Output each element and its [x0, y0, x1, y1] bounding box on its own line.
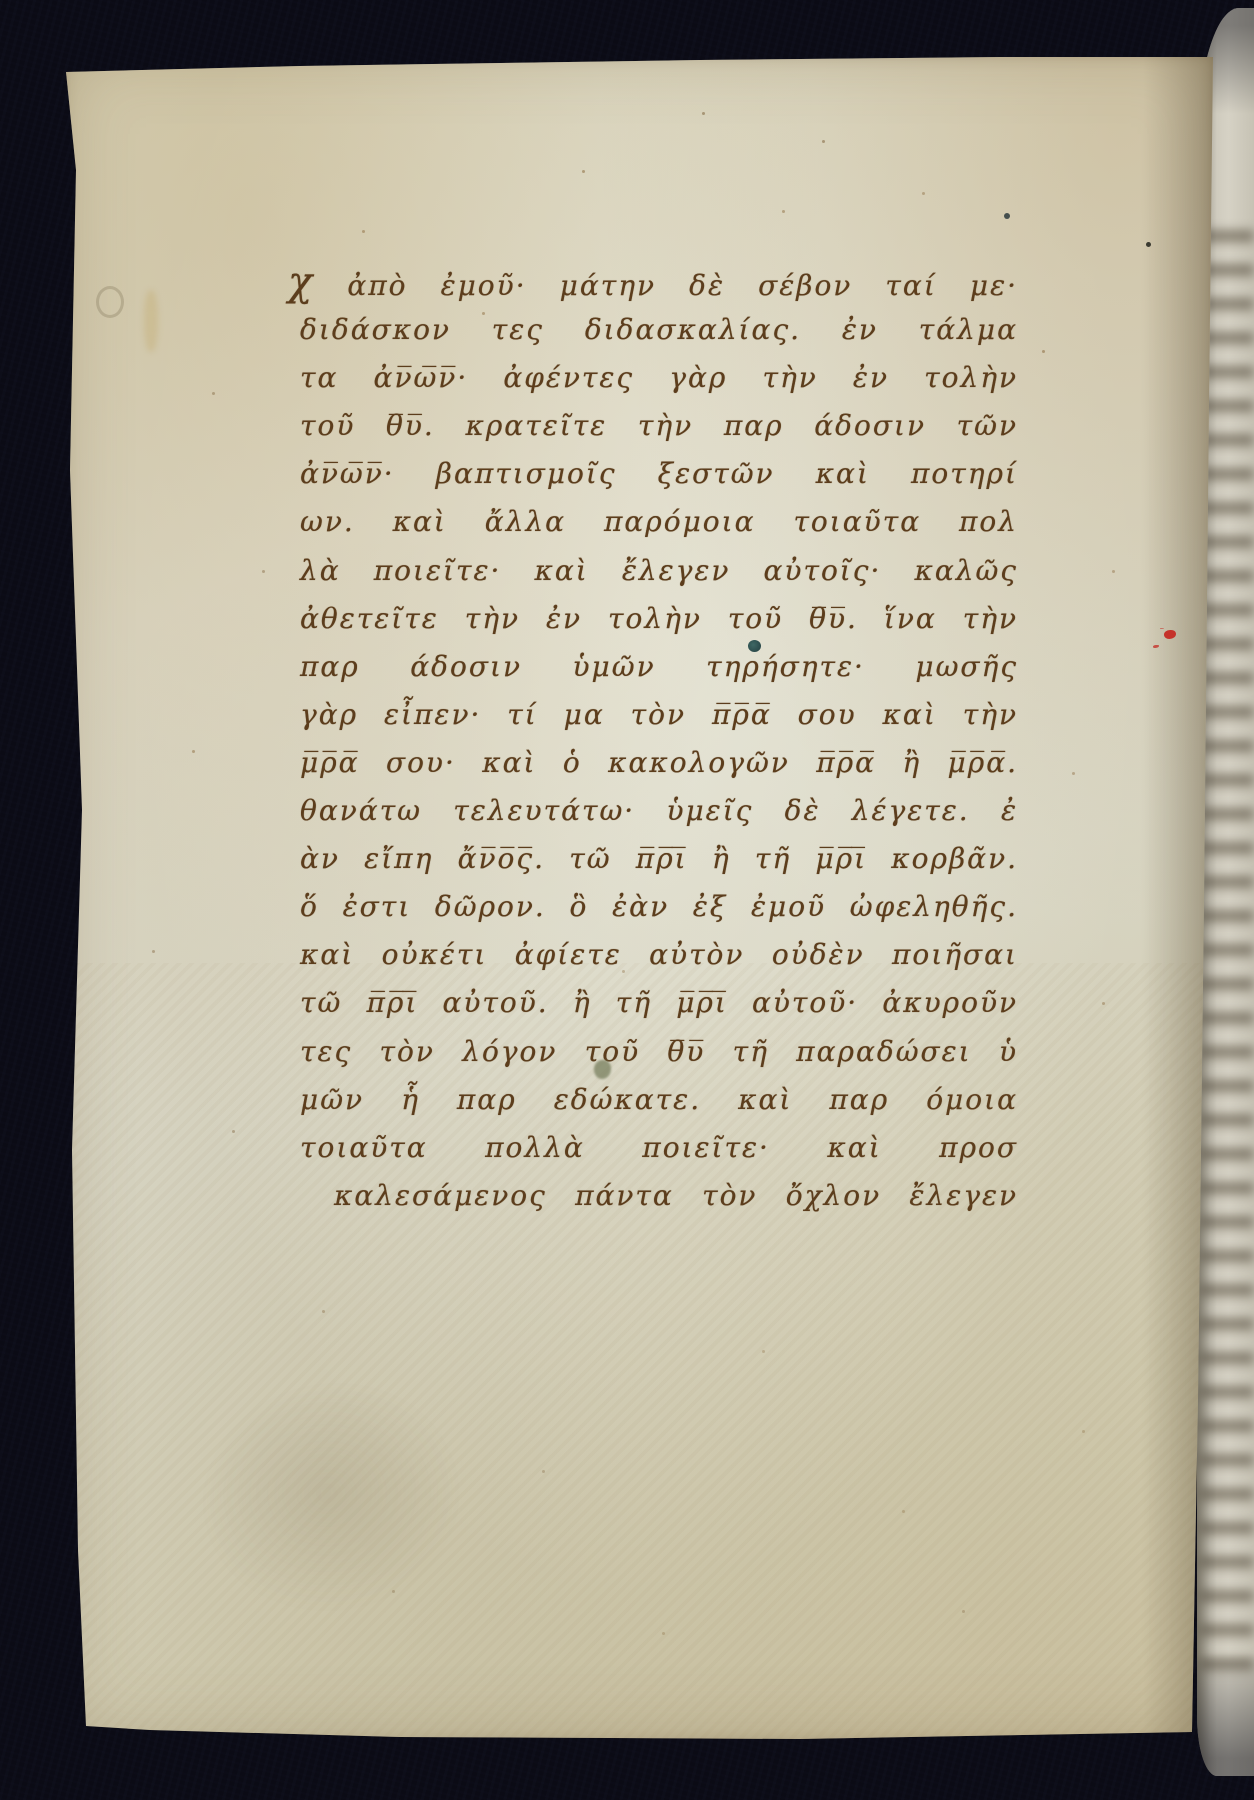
text-line: ὰν εἴπη ἄν̅ο̅ς̅. τῶ π̅ρ̅ι̅ ἢ τῆ μ̅ρ̅ι̅ κ… — [300, 835, 1018, 883]
parchment-freckles — [62, 50, 65, 53]
text-line: τα ἀν̅ω̅ν̅· ἀφέντες γὰρ τὴν ἐν τολὴν — [300, 354, 1018, 402]
text-line: μ̅ρ̅α̅ σου· καὶ ὁ κακολογῶν π̅ρ̅α̅ ἢ μ̅ρ… — [300, 739, 1018, 787]
text-line: θανάτω τελευτάτω· ὑμεῖς δὲ λέγετε. ἐ — [300, 787, 1018, 835]
text-line: ἀν̅ω̅ν̅· βαπτισμοῖς ξεστῶν καὶ ποτηρί — [300, 450, 1018, 498]
manuscript-photo: χ ἀπὸ ἐμοῦ· μάτην δὲ σέβον ταί με· διδάσ… — [0, 0, 1254, 1800]
ring-stain — [96, 286, 124, 318]
text-line: ων. καὶ ἄλλα παρόμοια τοιαῦτα πολ — [300, 498, 1018, 546]
text-block: χ ἀπὸ ἐμοῦ· μάτην δὲ σέβον ταί με· διδάσ… — [300, 258, 1018, 1220]
text-line: μῶν ἧ παρ εδώκατε. καὶ παρ όμοια — [300, 1076, 1018, 1124]
text-line: παρ άδοσιν ὑμῶν τηρήσητε· μωσῆς — [300, 643, 1018, 691]
text-line: γὰρ εἶπεν· τί μα τὸν π̅ρ̅α̅ σου καὶ τὴν — [300, 691, 1018, 739]
text-line: λὰ ποιεῖτε· καὶ ἔλεγεν αὐτοῖς· καλῶς — [300, 547, 1018, 595]
yellow-stain — [144, 290, 158, 352]
text-line: καὶ οὐκέτι ἀφίετε αὐτὸν οὐδὲν ποιῆσαι — [300, 931, 1018, 979]
text-line: τοῦ θ̅υ̅. κρατεῖτε τὴν παρ άδοσιν τῶν — [300, 402, 1018, 450]
text-line: τες τὸν λόγον τοῦ θ̅υ̅ τῆ παραδώσει ὑ — [300, 1028, 1018, 1076]
text-line: καλεσάμενος πάντα τὸν ὄχλον ἔλεγεν — [300, 1172, 1018, 1220]
parchment-smudge — [210, 1390, 470, 1620]
teal-ink-spot — [748, 640, 761, 652]
text-line: διδάσκον τες διδασκαλίας. ἐν τάλμα — [300, 306, 1018, 354]
text-line: ὅ ἐστι δῶρον. ὃ ἐὰν ἐξ ἐμοῦ ὠφεληθῆς. — [300, 883, 1018, 931]
text-line: τῶ π̅ρ̅ι̅ αὐτοῦ. ἢ τῆ μ̅ρ̅ι̅ αὐτοῦ· ἀκυρ… — [300, 979, 1018, 1027]
dark-speck — [1004, 213, 1010, 219]
dark-speck — [1146, 242, 1151, 247]
text-line: ἀθετεῖτε τὴν ἐν τολὴν τοῦ θ̅υ̅. ἵνα τὴν — [300, 595, 1018, 643]
text-line: τοιαῦτα πολλὰ ποιεῖτε· καὶ προσ — [300, 1124, 1018, 1172]
text-line: χ ἀπὸ ἐμοῦ· μάτην δὲ σέβον ταί με· — [288, 258, 1018, 306]
